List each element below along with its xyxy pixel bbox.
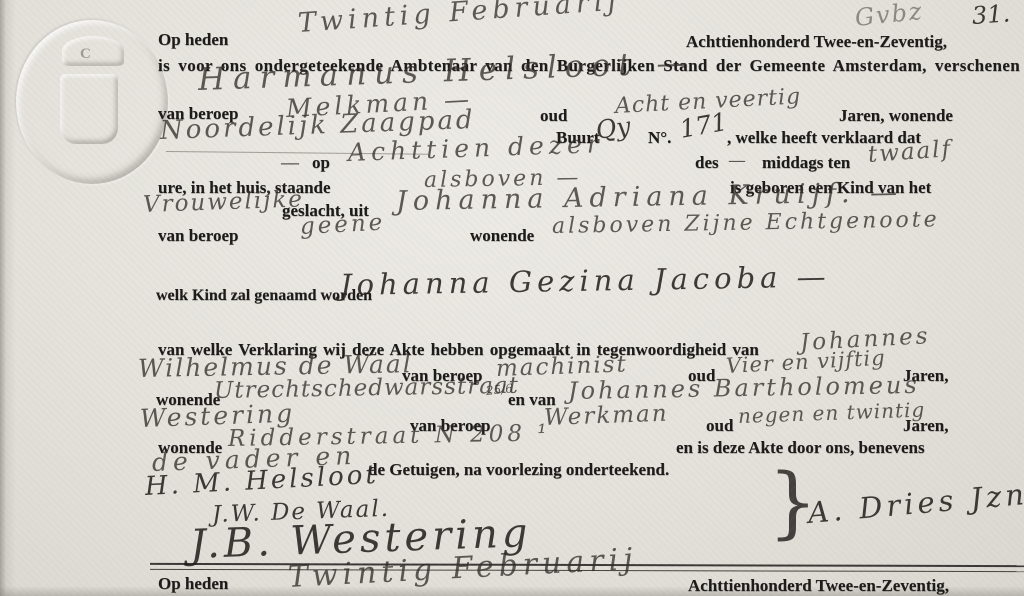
- label-op: op: [312, 153, 330, 173]
- entry-birth-hour: twaalf: [867, 136, 953, 168]
- paper-edge-shadow: [0, 0, 16, 596]
- entry-witness2-profession: Werkman: [544, 401, 669, 431]
- label-no: N°.: [648, 128, 671, 148]
- entry-des-dash: —: [728, 150, 746, 171]
- label-en-is: en is deze Akte door ons, benevens: [676, 438, 925, 458]
- entry-child-name: Johanna Gezina Jacoba —: [340, 259, 831, 302]
- seal-letter: C: [80, 46, 91, 63]
- embossed-municipal-seal: C: [16, 20, 168, 184]
- act-number: 31.: [971, 0, 1011, 30]
- label-oud-1: oud: [540, 106, 567, 126]
- scanned-birth-record: C Gvbz 31. Op heden Twintig Februarij Ac…: [0, 0, 1024, 596]
- label-jaren-w2: Jaren,: [903, 416, 949, 436]
- entry-act-date: Twintig Februarij: [297, 0, 622, 39]
- margin-scribble: Gvbz: [854, 0, 925, 32]
- signature-registrar: A. Dries Jzn: [807, 477, 1024, 530]
- label-middags-ten: middags ten: [762, 153, 850, 173]
- entry-mother-profession: geene: [299, 210, 386, 240]
- label-year-next: Achttienhonderd Twee-en-Zeventig,: [688, 576, 949, 596]
- entry-child-gender: Vrouwelijke: [143, 186, 305, 218]
- shield-icon: [60, 74, 118, 144]
- crown-icon: [62, 36, 124, 66]
- label-oud-w2: oud: [706, 416, 733, 436]
- label-van-beroep-mother: van beroep: [158, 226, 238, 246]
- entry-witness2-age: negen en twintig: [738, 397, 926, 428]
- label-des: des: [695, 153, 719, 173]
- label-year: Achttienhonderd Twee-en-Zeventig,: [686, 32, 947, 52]
- label-jaren-wonende: Jaren, wonende: [839, 106, 953, 126]
- label-getuigen: de Getuigen, na voorlezing onderteekend.: [368, 460, 669, 480]
- entry-pre-op-dash: —: [280, 150, 300, 174]
- entry-mother-residence: alsboven Zijne Echtgenoote: [552, 207, 940, 239]
- label-op-heden: Op heden: [158, 30, 228, 50]
- label-op-heden-next: Op heden: [158, 574, 228, 594]
- label-wonende-mother: wonende: [470, 226, 534, 246]
